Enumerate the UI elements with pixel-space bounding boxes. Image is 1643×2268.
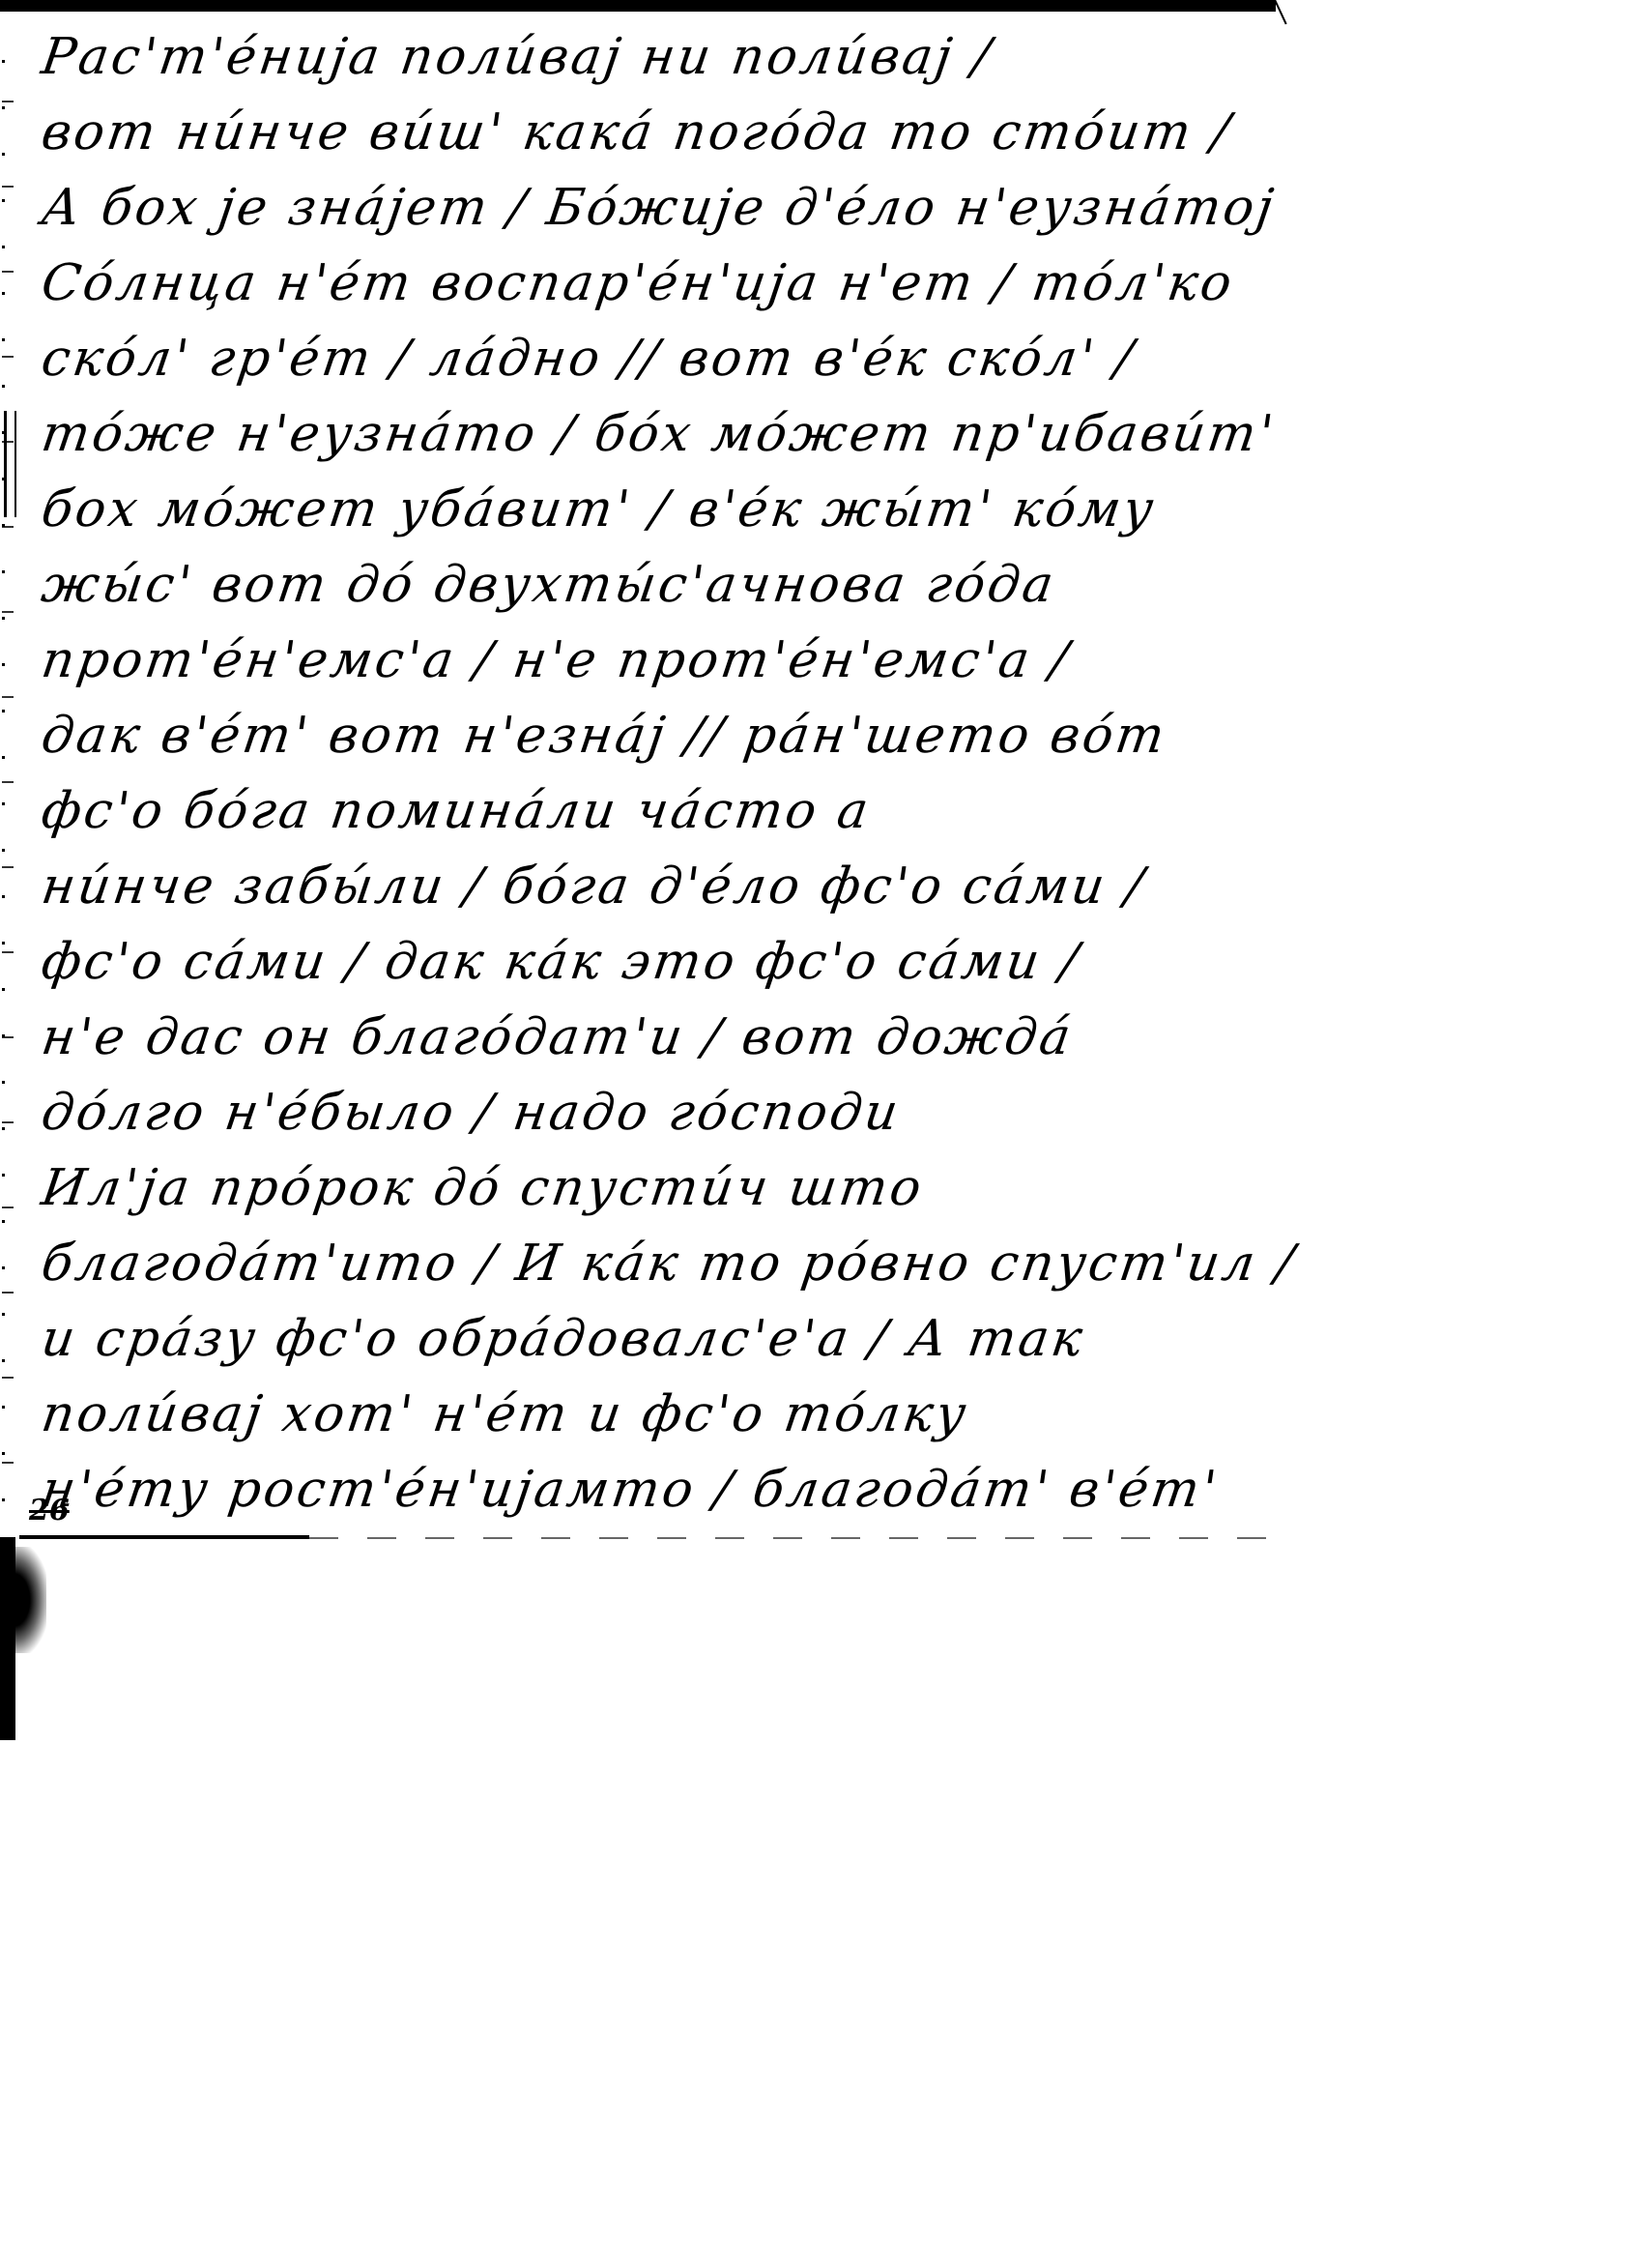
manuscript-line: фс'о бо́га помина́ли ча́сто а [37,773,1304,849]
manuscript-line: поли́вај хот' н'е́т и фс'о то́лку [37,1377,1304,1452]
manuscript-line: бох мо́жет уба́вит' / в'е́к жы́т' ко́му [37,472,1304,547]
manuscript-line: и сра́зу фс'о обра́довалс'е'а / А так [37,1301,1304,1377]
page-bottom-edge-dashed [309,1537,1276,1539]
manuscript-line: Рас'т'е́нија поли́вај ни поли́вај / [37,19,1304,95]
manuscript-line: до́лго н'е́было / надо го́споди [37,1075,1304,1150]
manuscript-line: дак в'е́т' вот н'езна́ј // ра́н'шето во́… [37,698,1304,773]
left-margin-ticks [2,58,15,1508]
manuscript-line: Ил'ја про́рок до́ спусти́ч што [37,1150,1304,1226]
manuscript-line: н'е дас он благо́дат'и / вот дожда́ [37,1000,1304,1075]
manuscript-line: благода́т'ито / И ка́к то ро́вно спуст'и… [37,1226,1304,1301]
manuscript-line: А бох је зна́јет / Бо́жије д'е́ло н'еузн… [37,170,1304,246]
scan-shadow-fringe [14,1547,46,1653]
scan-top-edge [0,0,1276,12]
manuscript-line: прот'е́н'емс'а / н'е прот'е́н'емс'а / [37,623,1304,698]
manuscript-text: Рас'т'е́нија поли́вај ни поли́вај / вот … [37,19,1293,1527]
manuscript-line: жы́с' вот до́ двухты́с'ачнова го́да [37,547,1304,623]
manuscript-line: вот ни́нче ви́ш' кака́ пого́да то сто́ит… [37,95,1304,170]
left-margin-bracket [4,411,16,517]
manuscript-line: н'е́ту рост'е́н'ијамто / благода́т' в'е́… [37,1452,1304,1527]
manuscript-line: то́же н'еузна́то / бо́х мо́жет пр'ибави́… [37,396,1304,472]
manuscript-line: Со́лнца н'е́т воспар'е́н'ија н'ет / то́л… [37,246,1304,321]
manuscript-line: ни́нче забы́ли / бо́га д'е́ло фс'о са́ми… [37,849,1304,924]
manuscript-line: ско́л' гр'е́т / ла́дно // вот в'е́к ско́… [37,321,1304,396]
manuscript-line: фс'о са́ми / дак ка́к это фс'о са́ми / [37,924,1304,1000]
page-number: 26 [29,1494,70,1527]
page-bottom-edge [19,1535,309,1539]
